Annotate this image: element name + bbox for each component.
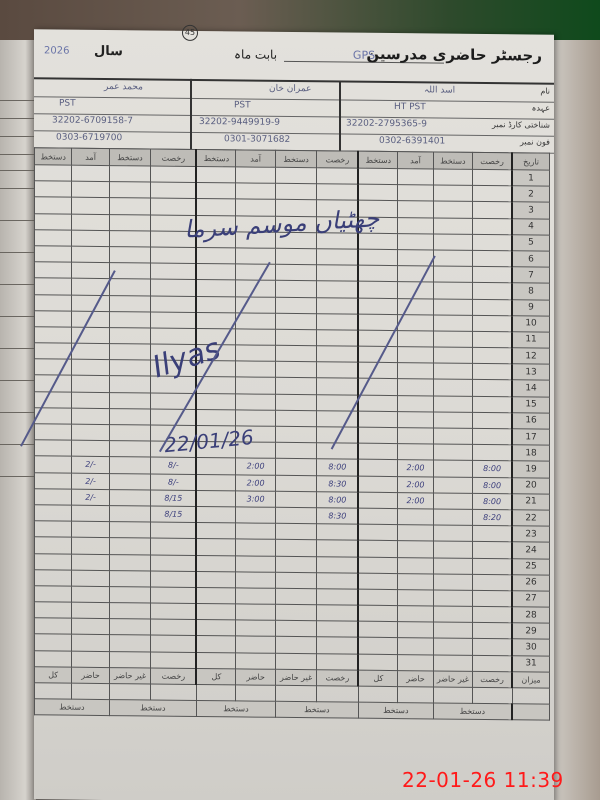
cell [433, 557, 472, 574]
cell [35, 456, 72, 473]
cell [317, 556, 359, 573]
day-number: 21 [512, 494, 549, 511]
cell [358, 427, 397, 444]
cell [398, 606, 433, 623]
signature-label: دستخط [358, 702, 433, 719]
cell [473, 412, 512, 429]
cell [196, 425, 235, 442]
cell [317, 362, 359, 379]
cell [433, 525, 472, 542]
cell [109, 425, 151, 442]
cell [275, 540, 317, 557]
cell [398, 654, 433, 671]
cell [275, 313, 317, 330]
time-entry: 8:30 [317, 475, 359, 492]
time-entry: 2/- [72, 473, 109, 490]
teacher-2-phone: 0301-3071682 [224, 134, 290, 145]
cell [35, 537, 72, 554]
cell [398, 428, 433, 445]
col-header: دستخط [358, 151, 397, 168]
cell [35, 213, 72, 230]
time-entry: 2:00 [398, 476, 433, 493]
summary-label: کل [358, 670, 397, 687]
day-number: 29 [512, 623, 549, 640]
cell [236, 377, 275, 394]
teacher-1-phone: 0302-6391401 [379, 136, 445, 147]
cell [275, 200, 317, 217]
cell [317, 378, 359, 395]
cell [275, 167, 317, 184]
teacher-3-designation: PST [59, 99, 76, 109]
cell [433, 363, 472, 380]
cell [236, 442, 275, 459]
cell [398, 330, 433, 347]
cell [151, 571, 197, 588]
cell [358, 168, 397, 185]
cell [35, 505, 72, 522]
day-number: 7 [512, 267, 549, 284]
cell [317, 346, 359, 363]
day-number: 24 [512, 542, 549, 559]
cell [473, 623, 512, 640]
cell [473, 347, 512, 364]
cell [433, 655, 472, 672]
cell [398, 589, 433, 606]
cell [196, 215, 235, 232]
cell [317, 313, 359, 330]
cell [433, 185, 472, 202]
time-entry: 8:00 [317, 459, 359, 476]
cell [473, 606, 512, 623]
cell [151, 263, 197, 280]
cell [196, 393, 235, 410]
cell [151, 166, 197, 183]
cell [72, 424, 109, 441]
cell [398, 444, 433, 461]
cell [473, 445, 512, 462]
cell [275, 685, 317, 702]
teacher-3-cnic: 32202-6709158-7 [52, 115, 133, 126]
cell [35, 310, 72, 327]
cell [236, 329, 275, 346]
cell [275, 507, 317, 524]
cell [109, 489, 151, 506]
cell [109, 538, 151, 555]
cell [275, 329, 317, 346]
cell [317, 686, 359, 703]
cell [275, 442, 317, 459]
cell [196, 166, 235, 183]
cell [358, 605, 397, 622]
cell [72, 343, 109, 360]
cell [433, 590, 472, 607]
cell [72, 440, 109, 457]
register-title: رجسٹر حاضری مدرسین [366, 45, 542, 65]
summary-label: رخصت [151, 668, 197, 685]
camera-timestamp: 22-01-26 11:39 [402, 768, 564, 792]
cell [72, 537, 109, 554]
cell [433, 606, 472, 623]
cell [433, 493, 472, 510]
designation-label: عہدہ [532, 103, 550, 112]
cell [275, 621, 317, 638]
day-number: 5 [512, 235, 549, 252]
cell [398, 233, 433, 250]
day-number: 20 [512, 477, 549, 494]
cell [358, 492, 397, 509]
cell [151, 409, 197, 426]
cell [358, 654, 397, 671]
cell [433, 379, 472, 396]
cell [196, 523, 235, 540]
cell [433, 477, 472, 494]
cell [72, 586, 109, 603]
cell [473, 590, 512, 607]
cell [317, 330, 359, 347]
cell [358, 314, 397, 331]
cell [72, 295, 109, 312]
cell [35, 294, 72, 311]
teacher-1-designation: HT PST [394, 102, 426, 112]
cell [433, 428, 472, 445]
cell [35, 440, 72, 457]
cell [196, 539, 235, 556]
cell [236, 232, 275, 249]
cell [109, 198, 151, 215]
cell [317, 200, 359, 217]
cell [196, 264, 235, 281]
summary-label: کل [196, 668, 235, 685]
cell [35, 521, 72, 538]
day-number: 12 [512, 348, 549, 365]
cell [196, 620, 235, 637]
cell [151, 215, 197, 232]
teacher-2-designation: PST [234, 100, 251, 110]
cell [433, 266, 472, 283]
cell [398, 525, 433, 542]
day-number: 8 [512, 283, 549, 300]
cell [35, 683, 72, 700]
summary-label: غیر حاضر [275, 669, 317, 686]
cell [398, 557, 433, 574]
teacher-info-block: محمد عمر عمران خان اسد اللہ نام PST PST … [34, 77, 554, 154]
summary-label: حاضر [398, 670, 433, 687]
signature-label: دستخط [35, 699, 110, 716]
cell [317, 281, 359, 298]
cell [317, 443, 359, 460]
cell [473, 283, 512, 300]
cell [35, 489, 72, 506]
day-number: 2 [512, 186, 549, 203]
cell [275, 232, 317, 249]
cell [109, 295, 151, 312]
cell [151, 344, 197, 361]
cell [358, 524, 397, 541]
cell [358, 621, 397, 638]
time-entry: 2/- [72, 457, 109, 474]
cell [275, 604, 317, 621]
cell [151, 360, 197, 377]
cell [358, 281, 397, 298]
day-number: 9 [512, 299, 549, 316]
cell [275, 653, 317, 670]
cell [236, 410, 275, 427]
cell [72, 570, 109, 587]
cell [151, 635, 197, 652]
cell [236, 588, 275, 605]
cell [151, 231, 197, 248]
cell [317, 540, 359, 557]
cell [358, 184, 397, 201]
cell [317, 297, 359, 314]
cell [358, 395, 397, 412]
cell [35, 586, 72, 603]
cell [72, 262, 109, 279]
cell [358, 217, 397, 234]
cell [358, 201, 397, 218]
time-entry: 8/15 [151, 490, 197, 507]
cell [72, 635, 109, 652]
cell [398, 314, 433, 331]
cell [196, 280, 235, 297]
column-divider [190, 79, 192, 151]
previous-page-edge [0, 40, 36, 800]
cell [473, 542, 512, 559]
cell [196, 183, 235, 200]
cnic-label: شناختی کارڈ نمبر [492, 120, 550, 130]
cell [151, 619, 197, 636]
cell [35, 634, 72, 651]
day-number: 19 [512, 461, 549, 478]
cell [275, 345, 317, 362]
cell [196, 296, 235, 313]
cell [236, 199, 275, 216]
cell [72, 651, 109, 668]
summary-label: کل [35, 667, 72, 684]
day-number: 30 [512, 639, 549, 656]
day-number: 13 [512, 364, 549, 381]
cell [109, 344, 151, 361]
cell [473, 218, 512, 235]
cell [109, 506, 151, 523]
cell [109, 360, 151, 377]
signature-label: دستخط [433, 703, 512, 720]
cell [473, 364, 512, 381]
col-header: دستخط [35, 148, 72, 165]
phone-label: فون نمبر [520, 137, 550, 146]
cell [275, 297, 317, 314]
cell [398, 573, 433, 590]
cell [109, 376, 151, 393]
cell [473, 266, 512, 283]
register-page: 45 2026 سال بابت ماہ GPS رجسٹر حاضری مدر… [34, 29, 554, 800]
cell [196, 442, 235, 459]
cell [433, 347, 472, 364]
time-entry [236, 507, 275, 524]
summary-label: رخصت [473, 671, 512, 688]
cell [109, 214, 151, 231]
day-number: 11 [512, 332, 549, 349]
cell [317, 411, 359, 428]
cell [473, 234, 512, 251]
cell [109, 392, 151, 409]
cell [109, 635, 151, 652]
day-number: 6 [512, 251, 549, 268]
cell [512, 704, 549, 721]
cell [196, 458, 235, 475]
cell [358, 476, 397, 493]
cell [358, 589, 397, 606]
cell [275, 637, 317, 654]
cell [473, 299, 512, 316]
cell [151, 522, 197, 539]
cell [196, 636, 235, 653]
cell [72, 521, 109, 538]
time-entry: 2:00 [236, 458, 275, 475]
day-number: 28 [512, 607, 549, 624]
cell [35, 553, 72, 570]
cell [35, 602, 72, 619]
cell [196, 604, 235, 621]
cell [275, 410, 317, 427]
day-number: 18 [512, 445, 549, 462]
day-number: 16 [512, 413, 549, 430]
cell [358, 265, 397, 282]
cell [275, 362, 317, 379]
title-row: 45 2026 سال بابت ماہ GPS رجسٹر حاضری مدر… [34, 37, 554, 70]
cell [72, 198, 109, 215]
cell [151, 538, 197, 555]
summary-label: حاضر [72, 667, 109, 684]
time-entry: 2:00 [398, 492, 433, 509]
cell [109, 651, 151, 668]
cell [236, 215, 275, 232]
cell [398, 217, 433, 234]
col-header: آمد [236, 150, 275, 167]
cell [398, 201, 433, 218]
day-number: 4 [512, 218, 549, 235]
time-entry: 2:00 [398, 460, 433, 477]
cell [433, 234, 472, 251]
cell [72, 181, 109, 198]
cell [473, 202, 512, 219]
col-header: دستخط [196, 149, 235, 166]
cell [196, 247, 235, 264]
cell [72, 554, 109, 571]
signature-label: دستخط [109, 700, 196, 717]
cell [35, 246, 72, 263]
cell [433, 460, 472, 477]
cell [151, 555, 197, 572]
cell [433, 574, 472, 591]
cell [317, 524, 359, 541]
cell [473, 186, 512, 203]
cell [275, 248, 317, 265]
cell [196, 587, 235, 604]
summary-label: غیر حاضر [109, 667, 151, 684]
cell [317, 184, 359, 201]
day-number: 25 [512, 558, 549, 575]
cell [358, 557, 397, 574]
cell [317, 637, 359, 654]
cell [433, 298, 472, 315]
name-label: نام [540, 87, 550, 96]
cell [398, 347, 433, 364]
cell [72, 392, 109, 409]
cell [433, 687, 472, 704]
time-entry [398, 509, 433, 526]
cell [358, 460, 397, 477]
cell [317, 589, 359, 606]
cell [109, 166, 151, 183]
cell [275, 459, 317, 476]
cell [433, 541, 472, 558]
cell [236, 636, 275, 653]
cell [275, 264, 317, 281]
col-header: رخصت [317, 151, 359, 168]
cell [109, 457, 151, 474]
cell [398, 379, 433, 396]
cell [236, 394, 275, 411]
cell [109, 311, 151, 328]
cell [72, 408, 109, 425]
cell [433, 444, 472, 461]
col-header: رخصت [151, 149, 197, 166]
cell [473, 380, 512, 397]
cell [358, 362, 397, 379]
col-header: دستخط [275, 150, 317, 167]
cell [109, 603, 151, 620]
cell [236, 167, 275, 184]
cell [35, 618, 72, 635]
cell [275, 523, 317, 540]
month-label: بابت ماہ [234, 47, 277, 61]
signature-label: دستخط [196, 701, 275, 718]
time-entry: 8:20 [473, 509, 512, 526]
cell [358, 540, 397, 557]
cell [35, 262, 72, 279]
cell [358, 638, 397, 655]
cell [72, 230, 109, 247]
cell [398, 169, 433, 186]
day-number: 10 [512, 315, 549, 332]
cell [109, 586, 151, 603]
day-number: 31 [512, 655, 549, 672]
cell [317, 232, 359, 249]
cell [317, 572, 359, 589]
cell [196, 409, 235, 426]
cell [398, 638, 433, 655]
cell [236, 685, 275, 702]
time-entry [72, 505, 109, 522]
time-entry: 8:00 [473, 477, 512, 494]
teacher-2-name: عمران خان [269, 84, 311, 94]
cell [317, 605, 359, 622]
teacher-2-cnic: 32202-9449919-9 [199, 117, 280, 128]
cell [433, 622, 472, 639]
cell [358, 249, 397, 266]
cell [196, 490, 235, 507]
cell [109, 279, 151, 296]
time-entry: 2/- [72, 489, 109, 506]
cell [433, 331, 472, 348]
cell [275, 281, 317, 298]
cell [433, 250, 472, 267]
cell [151, 587, 197, 604]
cell [109, 522, 151, 539]
cell [398, 363, 433, 380]
cell [275, 216, 317, 233]
